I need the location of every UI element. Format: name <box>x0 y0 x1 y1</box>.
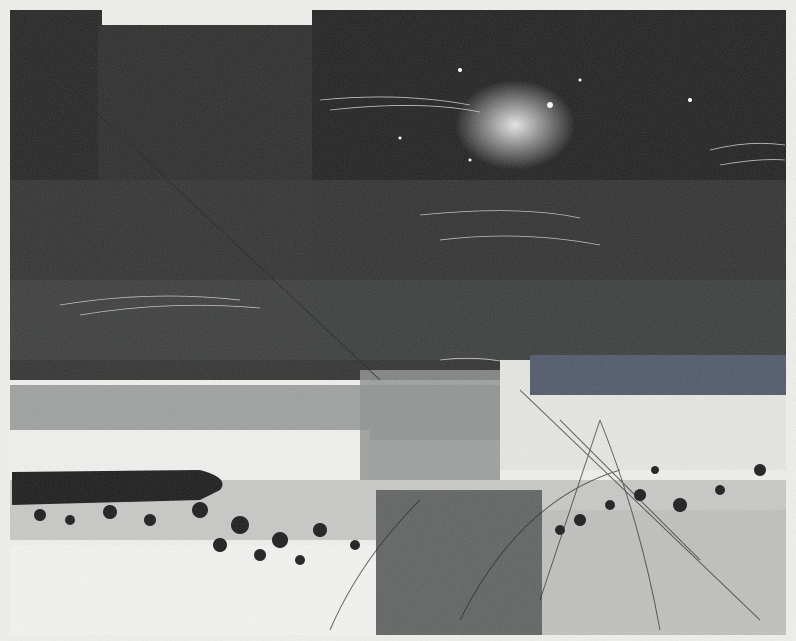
print-canvas <box>0 0 796 641</box>
abstract-print <box>0 0 796 641</box>
